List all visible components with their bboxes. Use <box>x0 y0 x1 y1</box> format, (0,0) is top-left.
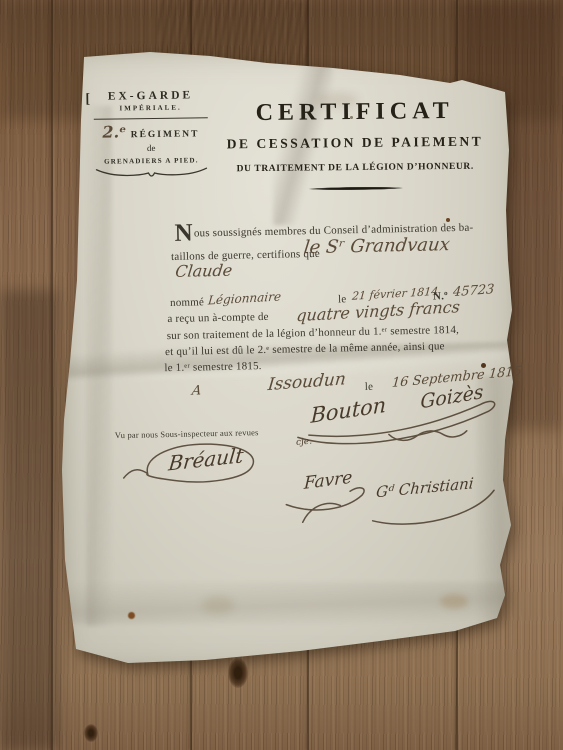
firstname-handwritten: Claude <box>174 261 233 281</box>
label-nomme: nommé <box>170 296 204 309</box>
drop-cap: N <box>174 220 193 247</box>
name-handwritten: le Sʳ Grandvaux <box>303 234 451 258</box>
document-content: [ EX-GARDE IMPÉRIALE. 2.ᵉ RÉGIMENT de GR… <box>0 0 563 750</box>
signature-flourishes <box>92 377 535 546</box>
photo-scene: [ EX-GARDE IMPÉRIALE. 2.ᵉ RÉGIMENT de GR… <box>0 0 563 750</box>
body-tilt-layer: Nous soussignés membres du Conseil d’adm… <box>0 0 563 750</box>
body-line-5: le 1.ᵉʳ semestre 1815. <box>164 360 262 374</box>
body-line-3: sur son traitement de la légion d’honneu… <box>167 324 460 342</box>
body-line-4: et qu’il lui est dû le 2.ᵉ semestre de l… <box>165 340 445 358</box>
label-acompte: a reçu un à-compte de <box>167 311 269 325</box>
status-handwritten: Légionnaire <box>207 289 281 307</box>
amount-handwritten: quatre vingts francs <box>296 297 461 325</box>
